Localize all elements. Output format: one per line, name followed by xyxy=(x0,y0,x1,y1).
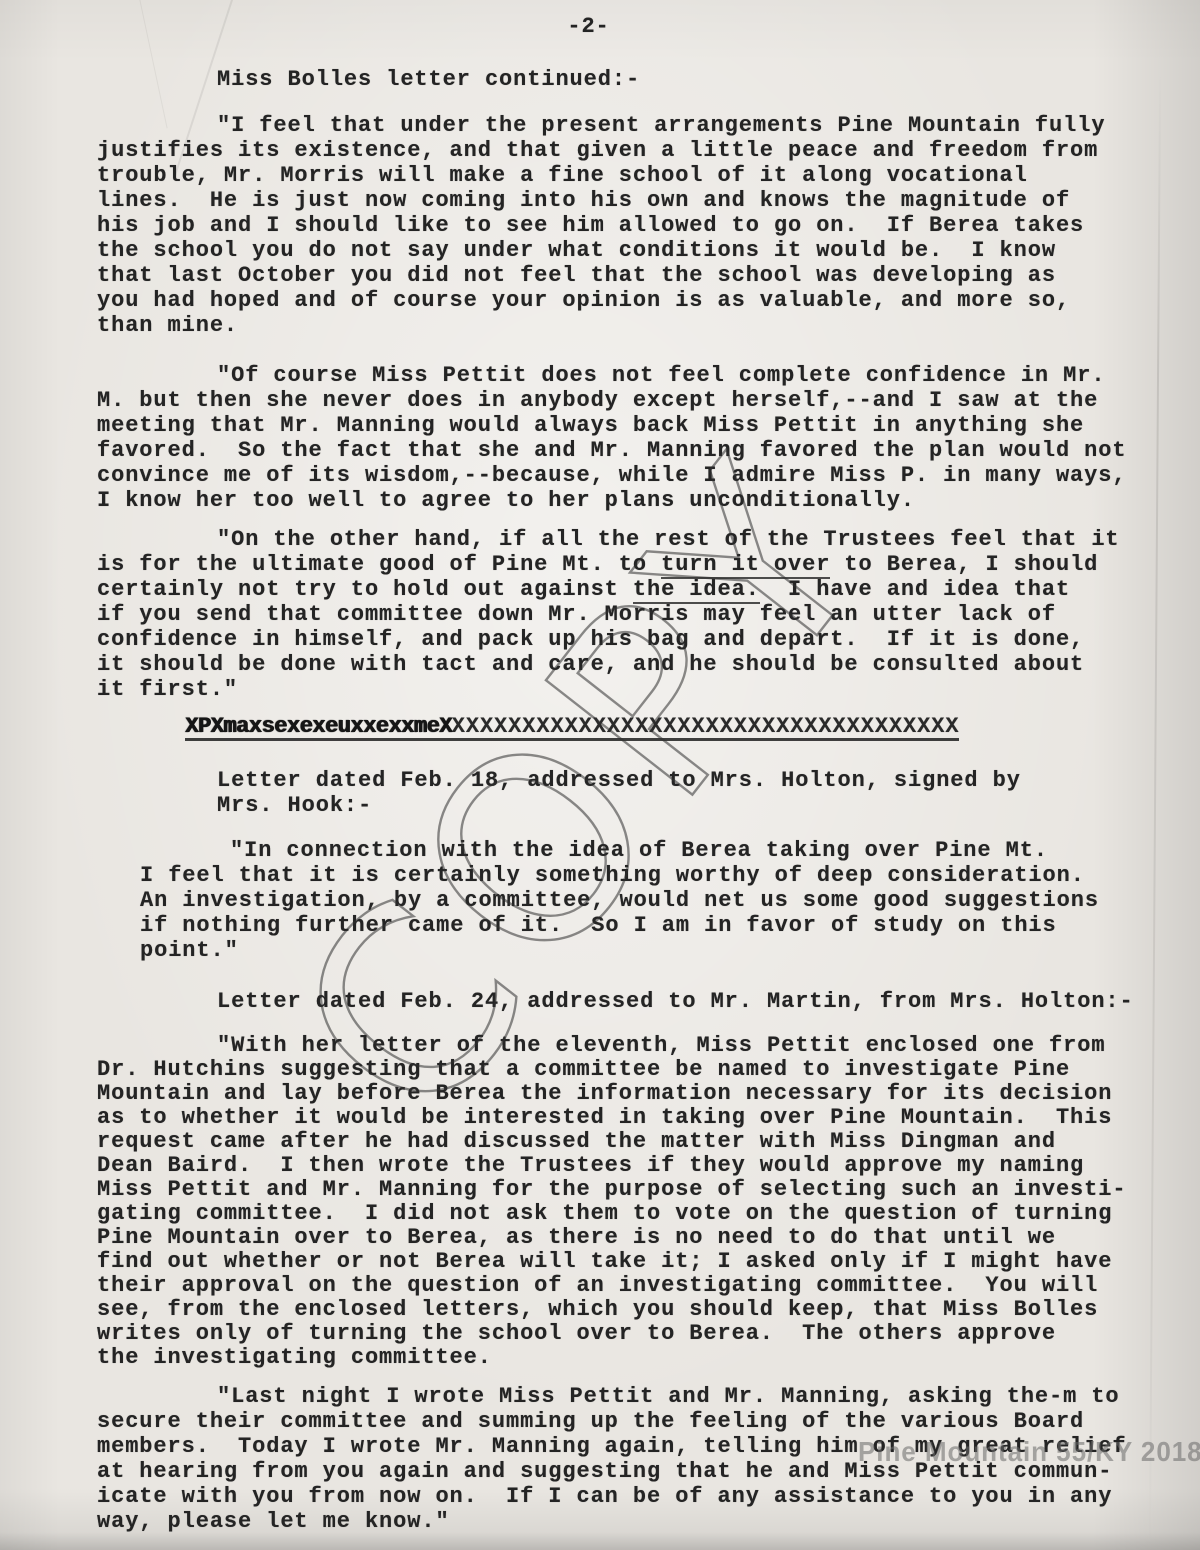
text-line: request came after he had discussed the … xyxy=(97,1130,1160,1154)
text-line: the school you do not say under what con… xyxy=(97,238,1160,263)
paragraph: "Of course Miss Pettit does not feel com… xyxy=(97,363,1160,513)
text-line: his job and I should like to see him all… xyxy=(97,213,1160,238)
text-line: Dean Baird. I then wrote the Trustees if… xyxy=(97,1154,1160,1178)
text-line: is for the ultimate good of Pine Mt. to … xyxy=(97,552,1160,577)
section-heading: Miss Bolles letter continued:- xyxy=(217,67,1160,92)
strikeout-x-run: XPXmaxsexexeuxxexxmeXXXXXXXXXXXXXXXXXXXX… xyxy=(185,716,959,741)
text-line: "With her letter of the eleventh, Miss P… xyxy=(97,1034,1160,1058)
text-line: lines. He is just now coming into his ow… xyxy=(97,188,1160,213)
paragraph: "On the other hand, if all the rest of t… xyxy=(97,527,1160,702)
struckout-line: XPXmaxsexexeuxxexxmeXXXXXXXXXXXXXXXXXXXX… xyxy=(185,714,1160,741)
letter-intro: Letter dated Feb. 18, addressed to Mrs. … xyxy=(217,768,1160,818)
text-line: way, please let me know." xyxy=(97,1509,1160,1534)
paper-edge-shadow xyxy=(0,1532,1200,1550)
text-line: I feel that it is certainly something wo… xyxy=(140,863,1160,888)
text-line: "Last night I wrote Miss Pettit and Mr. … xyxy=(97,1384,1160,1409)
paragraph: "I feel that under the present arrangeme… xyxy=(97,113,1160,338)
text-line: An investigation, by a committee, would … xyxy=(140,888,1160,913)
text-line: if you send that committee down Mr. Morr… xyxy=(97,602,1160,627)
text-line: "I feel that under the present arrangeme… xyxy=(97,113,1160,138)
archive-watermark: Pine Mountain 55/KY 2018 xyxy=(858,1436,1200,1468)
text-line: Mrs. Hook:- xyxy=(217,793,1160,818)
text-line: certainly not try to hold out against th… xyxy=(97,577,1160,602)
text-line: convince me of its wisdom,--because, whi… xyxy=(97,463,1160,488)
text-line: "Of course Miss Pettit does not feel com… xyxy=(97,363,1160,388)
text-line: I know her too well to agree to her plan… xyxy=(97,488,1160,513)
text-line: icate with you from now on. If I can be … xyxy=(97,1484,1160,1509)
text-line: their approval on the question of an inv… xyxy=(97,1274,1160,1298)
page-number: -2- xyxy=(97,14,1160,39)
text-line: gating committee. I did not ask them to … xyxy=(97,1202,1160,1226)
text-line: it should be done with tact and care, an… xyxy=(97,652,1160,677)
text-line: than mine. xyxy=(97,313,1160,338)
text-line: "In connection with the idea of Berea ta… xyxy=(140,838,1160,863)
text-line: point." xyxy=(140,938,1160,963)
text-line: trouble, Mr. Morris will make a fine sch… xyxy=(97,163,1160,188)
text-line: Mountain and lay before Berea the inform… xyxy=(97,1082,1160,1106)
text-line: writes only of turning the school over t… xyxy=(97,1322,1160,1346)
text-line: justifies its existence, and that given … xyxy=(97,138,1160,163)
text-line: Pine Mountain over to Berea, as there is… xyxy=(97,1226,1160,1250)
paragraph: "In connection with the idea of Berea ta… xyxy=(140,838,1160,963)
text-line: as to whether it would be interested in … xyxy=(97,1106,1160,1130)
text-line: M. but then she never does in anybody ex… xyxy=(97,388,1160,413)
letter-intro: Letter dated Feb. 24, addressed to Mr. M… xyxy=(217,989,1160,1014)
text-line: Miss Pettit and Mr. Manning for the purp… xyxy=(97,1178,1160,1202)
text-line: favored. So the fact that she and Mr. Ma… xyxy=(97,438,1160,463)
text-line: it first." xyxy=(97,677,1160,702)
text-line: Dr. Hutchins suggesting that a committee… xyxy=(97,1058,1160,1082)
scanned-letter-page: { "page": { "page_number": "-2-" }, "doc… xyxy=(0,0,1200,1550)
text-line: meeting that Mr. Manning would always ba… xyxy=(97,413,1160,438)
text-line: Miss Bolles letter continued:- xyxy=(217,67,1160,92)
paragraph: "With her letter of the eleventh, Miss P… xyxy=(97,1034,1160,1370)
typewritten-text-column: -2- Miss Bolles letter continued:-"I fee… xyxy=(0,0,1200,1534)
text-line: find out whether or not Berea will take … xyxy=(97,1250,1160,1274)
text-line: Letter dated Feb. 18, addressed to Mrs. … xyxy=(217,768,1160,793)
text-line: see, from the enclosed letters, which yo… xyxy=(97,1298,1160,1322)
text-line: Letter dated Feb. 24, addressed to Mr. M… xyxy=(217,989,1160,1014)
text-line: you had hoped and of course your opinion… xyxy=(97,288,1160,313)
text-line: confidence in himself, and pack up his b… xyxy=(97,627,1160,652)
text-line: that last October you did not feel that … xyxy=(97,263,1160,288)
text-line: "On the other hand, if all the rest of t… xyxy=(97,527,1160,552)
text-line: secure their committee and summing up th… xyxy=(97,1409,1160,1434)
text-line: the investigating committee. xyxy=(97,1346,1160,1370)
text-line: if nothing further came of it. So I am i… xyxy=(140,913,1160,938)
